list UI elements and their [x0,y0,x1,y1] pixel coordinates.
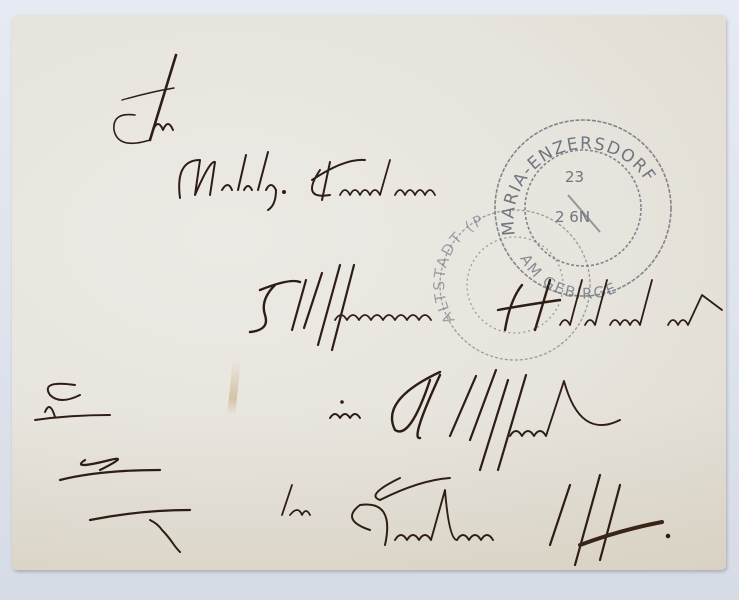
handwriting-ink [0,0,739,600]
